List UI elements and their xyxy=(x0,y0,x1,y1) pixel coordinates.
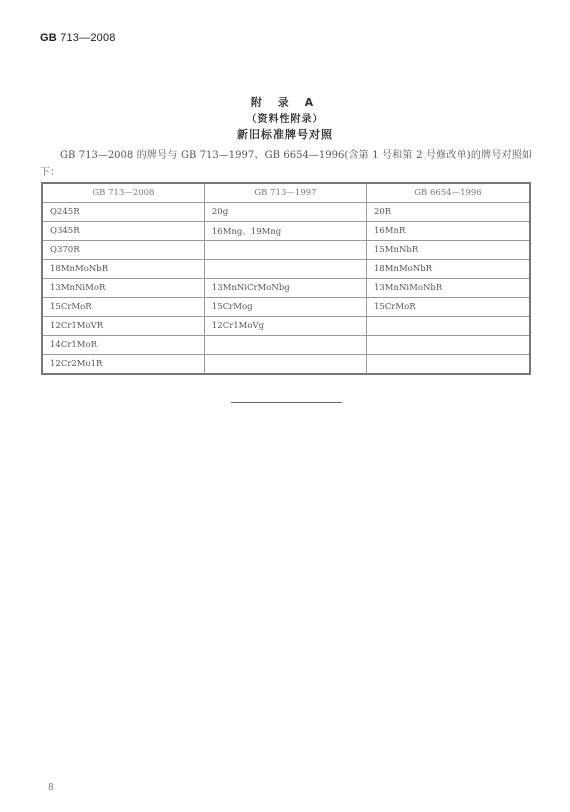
table-cell xyxy=(366,317,530,336)
table-cell xyxy=(204,336,366,355)
table-row: 12Cr1MoVR 12Cr1MoVg xyxy=(42,317,530,336)
table-row: 12Cr2Mo1R xyxy=(42,355,530,375)
table-row: Q345R 16Mng、19Mng 16MnR xyxy=(42,222,530,241)
appendix-type: （资料性附录） xyxy=(0,110,570,125)
column-header-gb713-2008: GB 713—2008 xyxy=(42,183,204,203)
table-header-row: GB 713—2008 GB 713—1997 GB 6654—1996 xyxy=(42,183,530,203)
table-row: 18MnMoNbR 18MnMoNbR xyxy=(42,260,530,279)
table-row: Q245R 20g 20R xyxy=(42,203,530,222)
table-cell xyxy=(204,241,366,260)
column-header-gb6654-1996: GB 6654—1996 xyxy=(366,183,530,203)
table-cell xyxy=(366,336,530,355)
table-cell: 13MnNiMoNbR xyxy=(366,279,530,298)
table-row: 15CrMoR 15CrMog 15CrMoR xyxy=(42,298,530,317)
table-cell: 16MnR xyxy=(366,222,530,241)
table-cell: 15MnNbR xyxy=(366,241,530,260)
table-cell: 14Cr1MoR xyxy=(42,336,204,355)
table-cell: 20R xyxy=(366,203,530,222)
table-cell: 12Cr1MoVg xyxy=(204,317,366,336)
table-cell: 13MnNiMoR xyxy=(42,279,204,298)
intro-paragraph: GB 713—2008 的牌号与 GB 713—1997、GB 6654—199… xyxy=(40,147,532,181)
appendix-subtitle: 新旧标准牌号对照 xyxy=(0,126,570,142)
table-cell: 18MnMoNbR xyxy=(42,260,204,279)
table-cell: Q370R xyxy=(42,241,204,260)
table-row: Q370R 15MnNbR xyxy=(42,241,530,260)
table-cell xyxy=(366,355,530,375)
table-cell: 15CrMoR xyxy=(42,298,204,317)
table-cell: 13MnNiCrMoNbg xyxy=(204,279,366,298)
page-number: 8 xyxy=(48,783,54,793)
appendix-title: 附 录 A xyxy=(0,94,570,110)
table-row: 14Cr1MoR xyxy=(42,336,530,355)
table-cell: 15CrMog xyxy=(204,298,366,317)
table-cell: 18MnMoNbR xyxy=(366,260,530,279)
table-cell: 12Cr1MoVR xyxy=(42,317,204,336)
standard-code: GB 713—2008 xyxy=(40,32,116,44)
standard-prefix: GB xyxy=(40,32,57,44)
end-of-document-rule xyxy=(231,402,342,403)
table-cell: Q245R xyxy=(42,203,204,222)
table-cell xyxy=(204,355,366,375)
standard-number: 713—2008 xyxy=(60,32,115,44)
table-cell: 12Cr2Mo1R xyxy=(42,355,204,375)
table-cell: 20g xyxy=(204,203,366,222)
column-header-gb713-1997: GB 713—1997 xyxy=(204,183,366,203)
table-cell: Q345R xyxy=(42,222,204,241)
grade-comparison-table: GB 713—2008 GB 713—1997 GB 6654—1996 Q24… xyxy=(41,182,531,375)
table-row: 13MnNiMoR 13MnNiCrMoNbg 13MnNiMoNbR xyxy=(42,279,530,298)
table-cell: 15CrMoR xyxy=(366,298,530,317)
table-cell: 16Mng、19Mng xyxy=(204,222,366,241)
table-cell xyxy=(204,260,366,279)
